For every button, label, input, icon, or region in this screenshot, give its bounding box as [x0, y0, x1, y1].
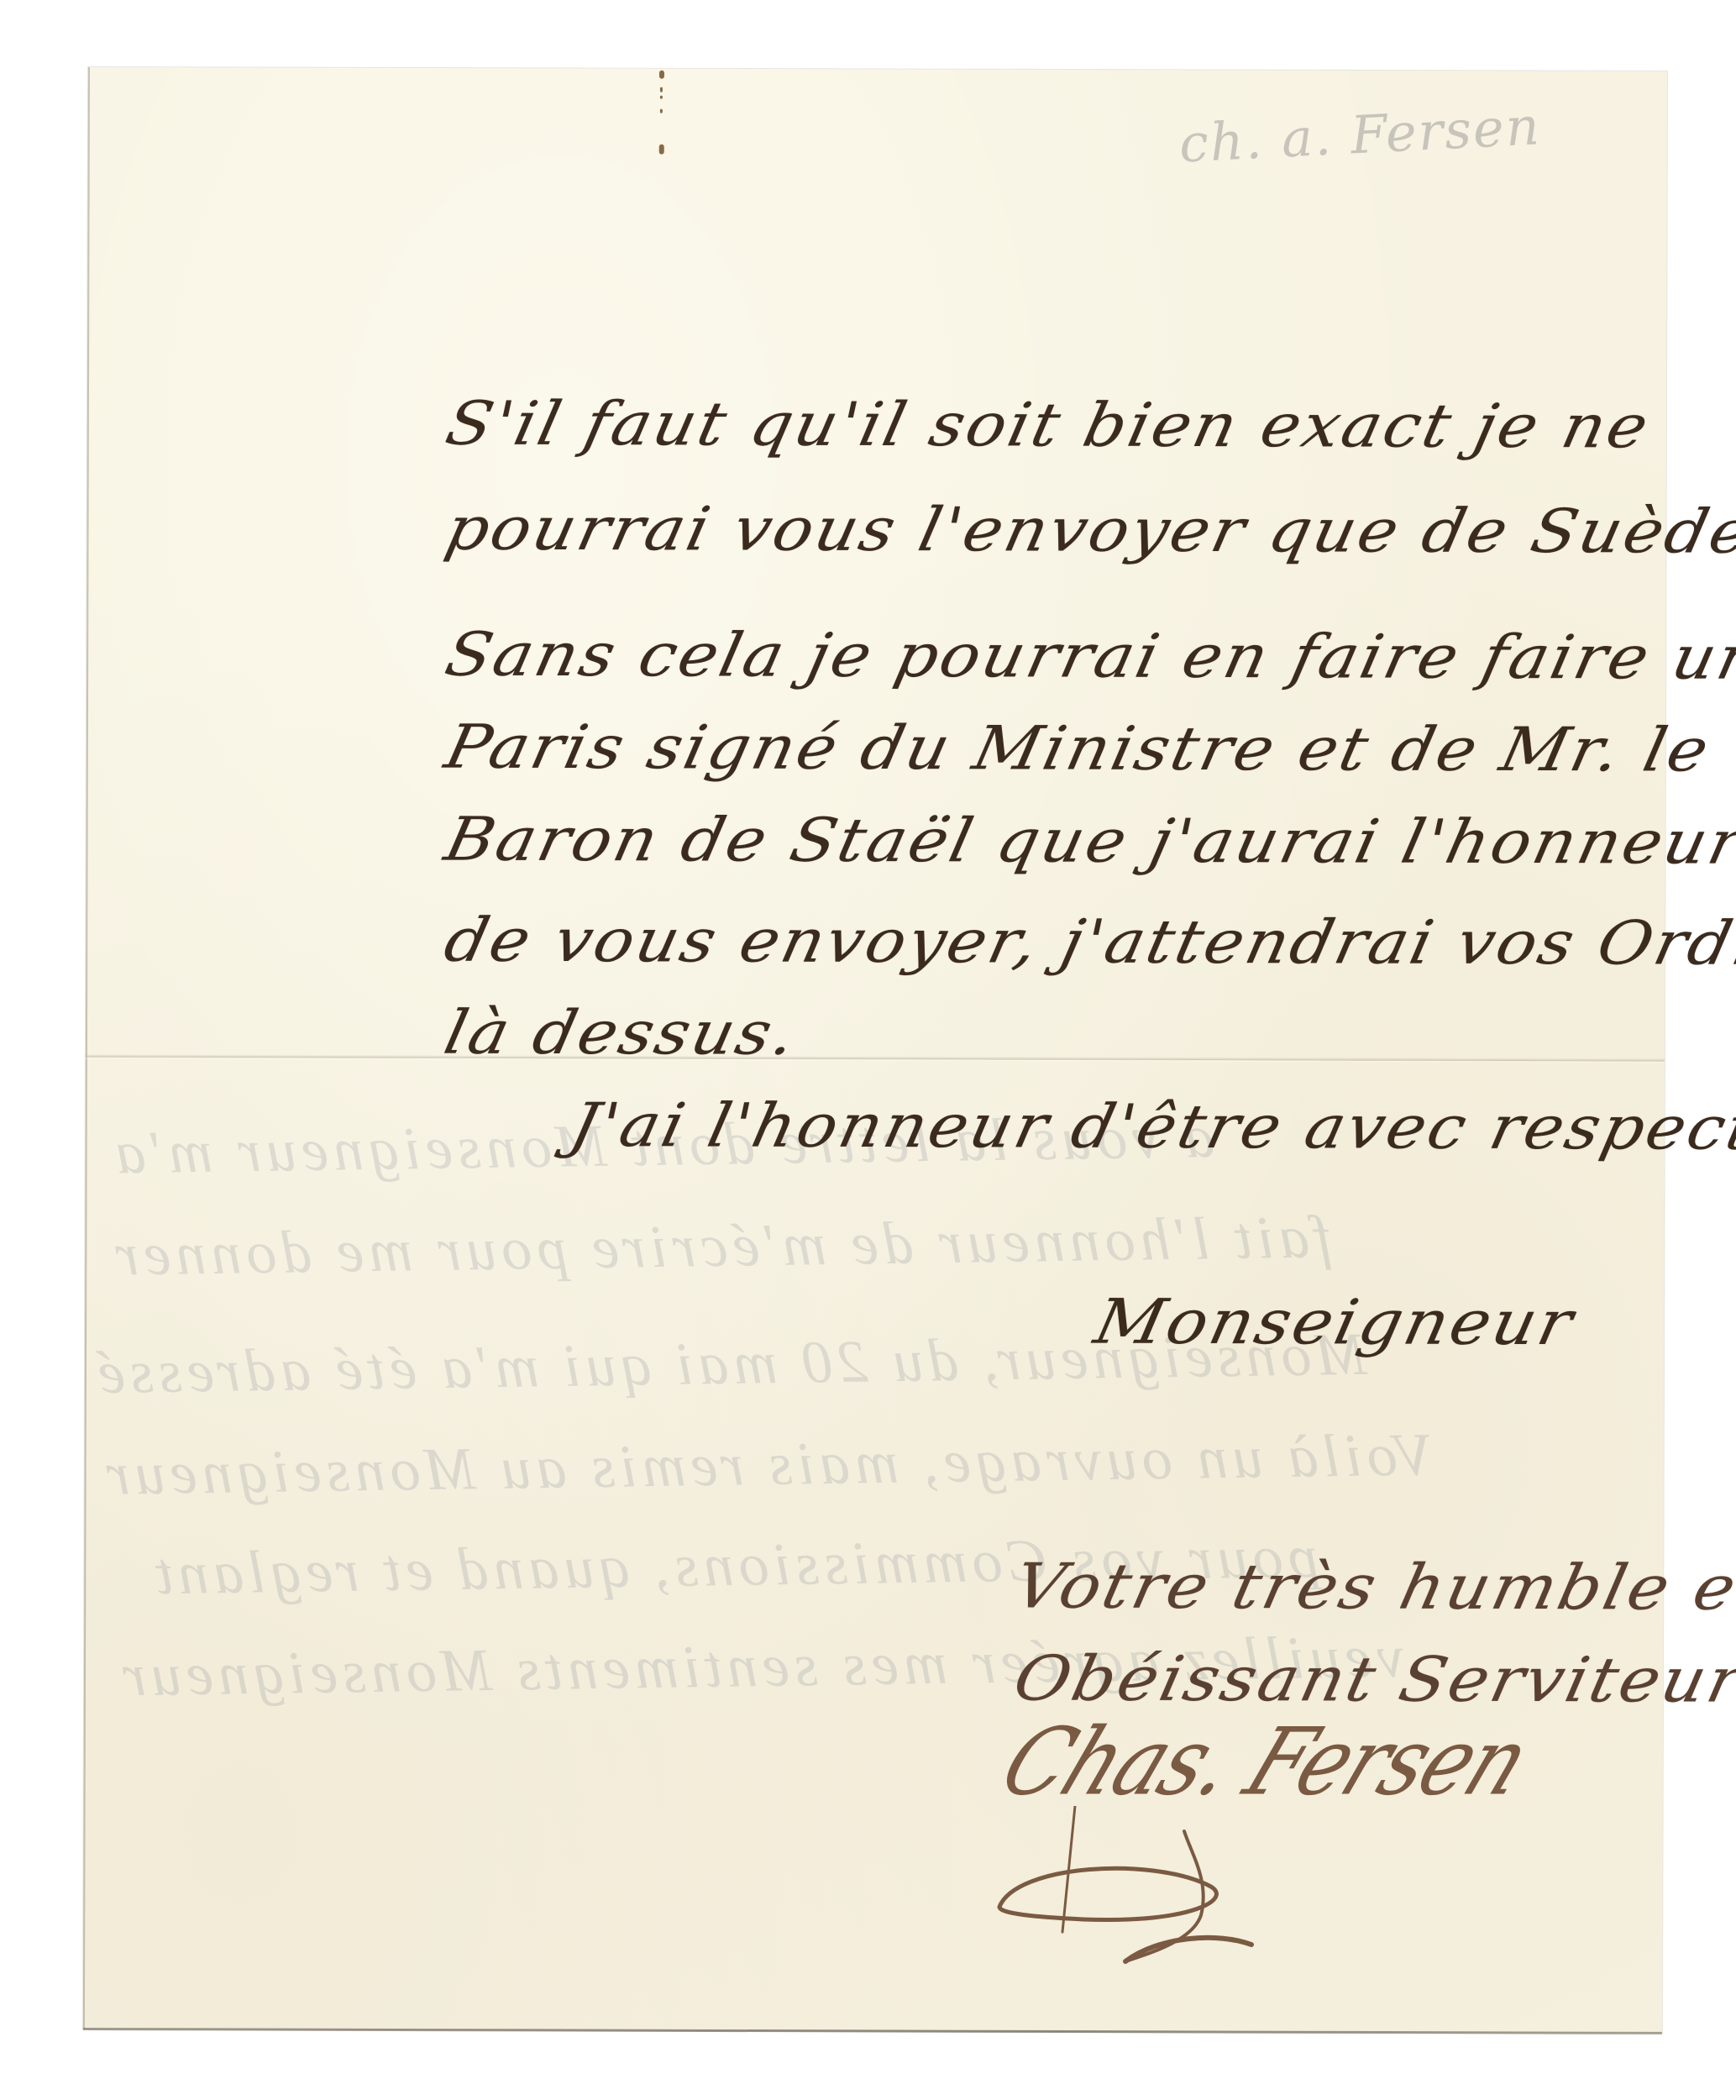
- body-line: Sans cela je pourrai en faire faire un à: [439, 620, 1736, 693]
- closing-formula: J'ai l'honneur d'être avec respect.: [564, 1091, 1736, 1164]
- body-line: Baron de Staël que j'aurai l'honneur: [438, 805, 1736, 878]
- valediction-line-2: Obéissant Serviteur: [1008, 1642, 1736, 1716]
- salutation-monseigneur: Monseigneur: [1088, 1286, 1581, 1359]
- signature: Chas. Fersen: [987, 1708, 1544, 1816]
- valediction-line-1: Votre très humble et très: [1008, 1550, 1736, 1624]
- body-line: de vous envoyer, j'attendrai vos Ordres: [438, 906, 1736, 979]
- body-line: là dessus.: [438, 998, 804, 1068]
- body-line: pourrai vous l'envoyer que de Suède: [439, 494, 1736, 567]
- body-line: S'il faut qu'il soit bien exact je ne: [440, 389, 1657, 461]
- body-line: Paris signé du Ministre et de Mr. le: [439, 712, 1717, 785]
- signature-flourish: [983, 1806, 1335, 1974]
